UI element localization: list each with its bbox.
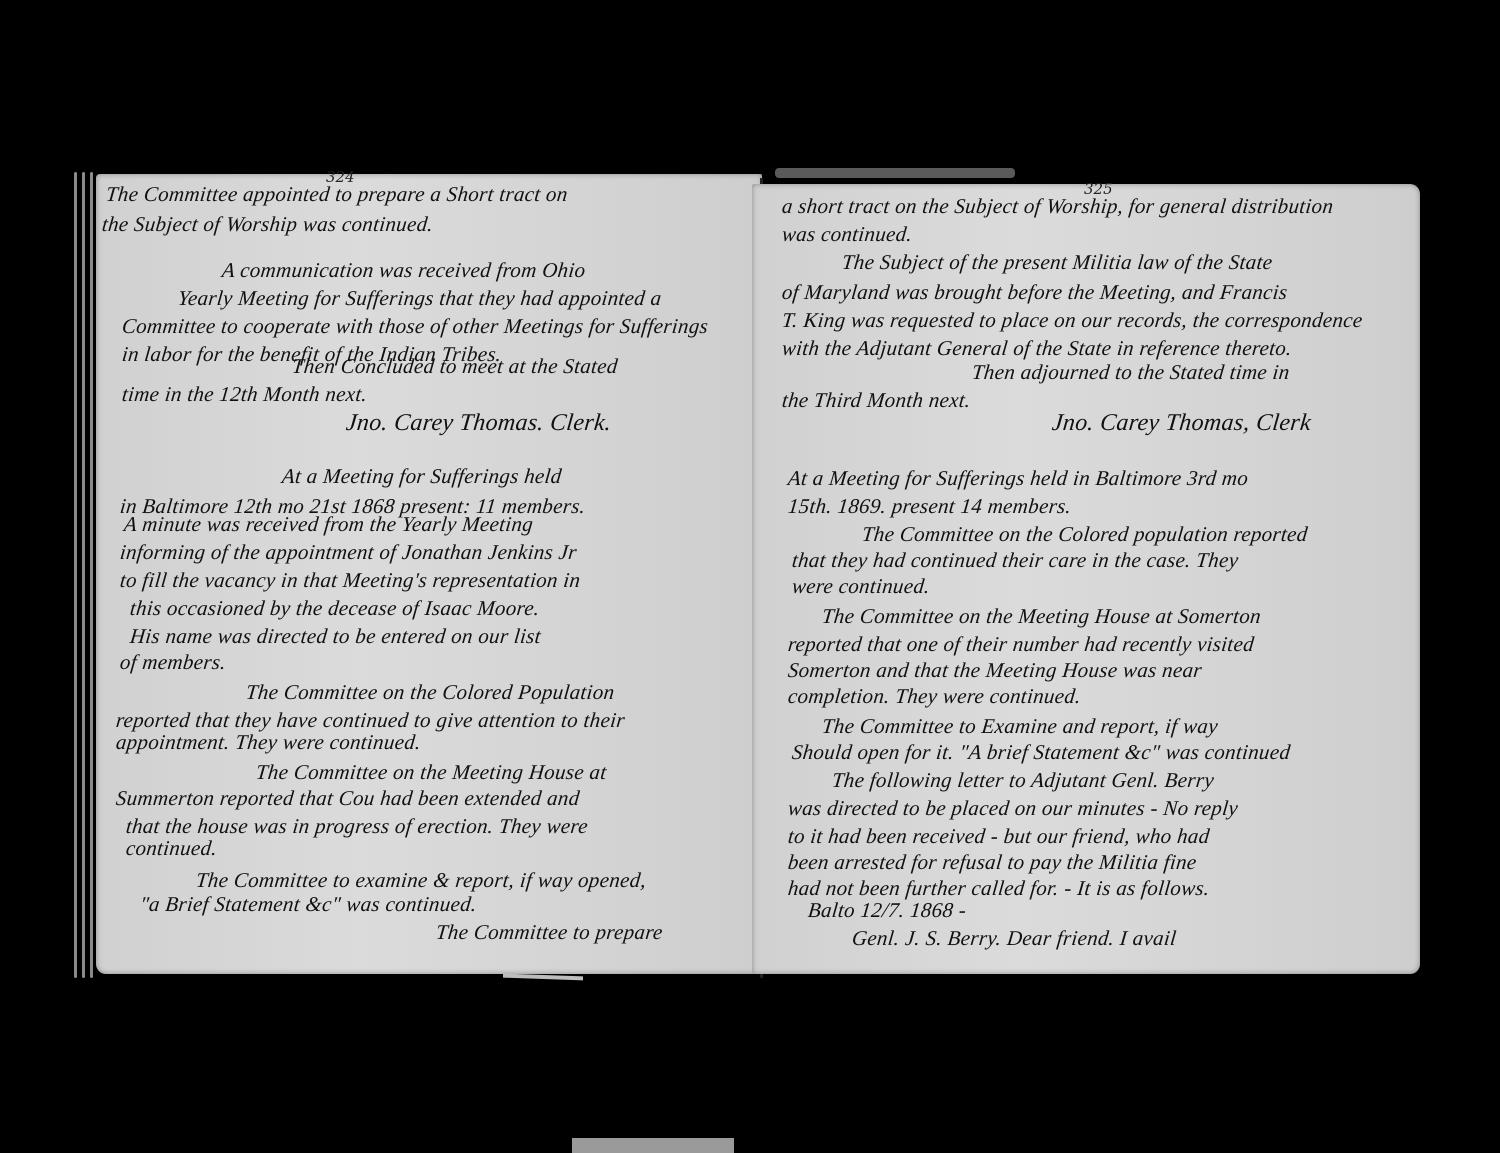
letter-salutation: Genl. J. S. Berry. Dear friend. I avail [851,926,1178,951]
text-line: The Committee to prepare [435,920,664,945]
text-line: Somerton and that the Meeting House was … [787,658,1204,683]
text-line: Should open for it. "A brief Statement &… [791,740,1292,765]
text-line: was directed to be placed on our minutes… [787,796,1240,821]
text-line: The Committee on the Colored Population [245,680,616,705]
text-line: T. King was requested to place on our re… [781,308,1364,333]
text-line: Yearly Meeting for Sufferings that they … [177,286,663,311]
date-line: Balto 12/7. 1868 - [807,898,968,923]
text-line: His name was directed to be entered on o… [129,624,543,649]
text-line: the Third Month next. [781,388,972,413]
text-line: The Subject of the present Militia law o… [841,250,1274,275]
text-line: was continued. [781,222,914,247]
page-tab-scrap [775,168,1015,178]
text-line: with the Adjutant General of the State i… [781,336,1293,361]
text-line: "a Brief Statement &c" was continued. [139,892,478,917]
paper-scrap [572,1138,734,1153]
text-line: At a Meeting for Sufferings held [281,464,563,489]
text-line: this occasioned by the decease of Isaac … [129,596,541,621]
text-line: appointment. They were continued. [115,730,422,755]
text-line: Then adjourned to the Stated time in [971,360,1291,385]
clerk-signature: Jno. Carey Thomas. Clerk. [345,410,613,437]
text-line: 15th. 1869. present 14 members. [787,494,1073,519]
text-line: of Maryland was brought before the Meeti… [781,280,1289,305]
text-line: The Committee to examine & report, if wa… [195,868,648,893]
text-line: At a Meeting for Sufferings held in Balt… [787,466,1250,491]
text-line: been arrested for refusal to pay the Mil… [787,850,1198,875]
text-line: Then Concluded to meet at the Stated [291,354,619,379]
left-page: 324 The Committee appointed to prepare a… [96,174,762,974]
text-line: The Committee on the Colored population … [861,522,1309,547]
text-line: to it had been received - but our friend… [787,824,1211,849]
text-line: The following letter to Adjutant Genl. B… [831,768,1216,793]
text-line: to fill the vacancy in that Meeting's re… [119,568,582,593]
text-line: were continued. [791,574,931,599]
paper-sliver [503,974,583,981]
text-line: reported that one of their number had re… [787,632,1256,657]
text-line: continued. [125,836,219,861]
text-line: The Committee to Examine and report, if … [821,714,1220,739]
text-line: completion. They were continued. [787,684,1082,709]
text-line: the Subject of Worship was continued. [101,212,435,237]
book-binding [72,172,96,978]
text-line: The Committee on the Meeting House at [255,760,608,785]
text-line: A minute was received from the Yearly Me… [123,512,535,537]
text-line: Committee to cooperate with those of oth… [121,314,710,339]
text-line: A communication was received from Ohio [221,258,587,283]
text-line: of members. [119,650,228,675]
text-line: a short tract on the Subject of Worship,… [781,194,1335,219]
text-line: informing of the appointment of Jonathan… [119,540,578,565]
text-line: The Committee on the Meeting House at So… [821,604,1263,629]
text-line: The Committee appointed to prepare a Sho… [105,182,569,207]
clerk-signature: Jno. Carey Thomas, Clerk [1051,410,1313,437]
text-line: that they had continued their care in th… [791,548,1240,573]
text-line: time in the 12th Month next. [121,382,369,407]
text-line: Summerton reported that Cou had been ext… [115,786,581,811]
right-page: 325 a short tract on the Subject of Wors… [752,184,1420,974]
